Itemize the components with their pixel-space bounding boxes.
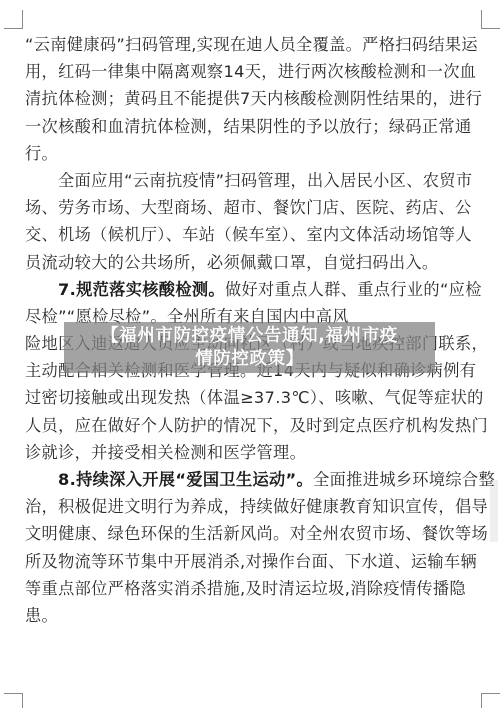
line-text: 所及物流等环节集中开展消杀,对操作台面、下水道、运输车辆 [25,552,477,571]
page-corner-mark-bottom-right [481,693,500,708]
line-text: 治，积极促进文明行为养成，持续做好健康教育知识宣传，倡导 [25,497,488,516]
paragraph-line: 诊就诊，并接受相关检测和医学管理。 [25,439,485,466]
page-corner-mark-bottom-left [4,693,23,708]
line-text: 患。 [25,606,58,625]
banner-title-line-2: 情防控政策】 [64,348,435,371]
paragraph-line: 清抗体检测；黄码且不能提供7天内核酸检测阴性结果的，进行 [25,85,485,112]
paragraph-line: 8.持续深入开展“爱国卫生运动”。全面推进城乡环境综合整 [25,466,485,493]
paragraph-line: 行。 [25,140,485,167]
banner-title-line-1: 【福州市防控疫情公告通知,福州市疫 [64,325,435,348]
title-overlay-banner: 【福州市防控疫情公告通知,福州市疫 情防控政策】 [64,322,435,373]
line-text: 全面应用“云南抗疫情”扫码管理，出入居民小区、农贸市 [58,171,472,190]
paragraph-line: “云南健康码”扫码管理,实现在迪人员全覆盖。严格扫码结果运 [25,31,485,58]
line-text: “云南健康码”扫码管理,实现在迪人员全覆盖。严格扫码结果运 [25,35,478,54]
line-text: 人员，应在做好个人防护的情况下，及时到定点医疗机构发热门 [25,416,488,435]
paragraph-line: 治，积极促进文明行为养成，持续做好健康教育知识宣传，倡导 [25,493,485,520]
line-text: 全面推进城乡环境综合整 [313,470,495,489]
line-text: 诊就诊，并接受相关检测和医学管理。 [25,443,306,462]
section-heading: 8.持续深入开展“爱国卫生运动”。 [58,470,313,489]
paragraph-line: 7.规范落实核酸检测。做好对重点人群、重点行业的“应检 [25,276,485,303]
paragraph-line: 患。 [25,602,485,629]
page-corner-mark-top-right [481,10,500,29]
line-text: 文明健康、绿色环保的生活新风尚。对全州农贸市场、餐饮等场 [25,524,488,543]
line-text: 过密切接触或出现发热（体温≥37.3℃）、咳嗽、气促等症状的 [25,388,484,407]
line-text: 等重点部位严格落实消杀措施,及时清运垃圾,消除疫情传播隐 [25,579,466,598]
line-text: 行。 [25,144,58,163]
line-text: 场、劳务市场、大型商场、超市、餐饮门店、医院、药店、公 [25,198,472,217]
line-text: 用，红码一律集中隔离观察14天，进行两次核酸检测和一次血 [25,62,476,81]
paragraph-line: 场、劳务市场、大型商场、超市、餐饮门店、医院、药店、公 [25,194,485,221]
line-text: 清抗体检测；黄码且不能提供7天内核酸检测阴性结果的，进行 [25,89,482,108]
paragraph-line: 用，红码一律集中隔离观察14天，进行两次核酸检测和一次血 [25,58,485,85]
paragraph-line: 过密切接触或出现发热（体温≥37.3℃）、咳嗽、气促等症状的 [25,384,485,411]
paragraph-line: 全面应用“云南抗疫情”扫码管理，出入居民小区、农贸市 [25,167,485,194]
section-heading: 7.规范落实核酸检测。 [58,280,225,299]
page-corner-mark-top-left [4,10,23,29]
line-text: 做好对重点人群、重点行业的“应检 [225,280,482,299]
paragraph-line: 员流动较大的公共场所，必须佩戴口罩，自觉扫码出入。 [25,249,485,276]
paragraph-line: 所及物流等环节集中开展消杀,对操作台面、下水道、运输车辆 [25,548,485,575]
document-page: “云南健康码”扫码管理,实现在迪人员全覆盖。严格扫码结果运用，红码一律集中隔离观… [0,0,500,708]
line-text: 一次核酸和血清抗体检测，结果阴性的予以放行；绿码正常通 [25,117,472,136]
paragraph-line: 人员，应在做好个人防护的情况下，及时到定点医疗机构发热门 [25,412,485,439]
line-text: 员流动较大的公共场所，必须佩戴口罩，自觉扫码出入。 [25,253,438,272]
line-text: 交、机场（候机厅）、车站（候车室）、室内文体活动场馆等人 [25,225,472,244]
paragraph-line: 等重点部位严格落实消杀措施,及时清运垃圾,消除疫情传播隐 [25,575,485,602]
paragraph-line: 文明健康、绿色环保的生活新风尚。对全州农贸市场、餐饮等场 [25,520,485,547]
paragraph-line: 一次核酸和血清抗体检测，结果阴性的予以放行；绿码正常通 [25,113,485,140]
paragraph-line: 交、机场（候机厅）、车站（候车室）、室内文体活动场馆等人 [25,221,485,248]
